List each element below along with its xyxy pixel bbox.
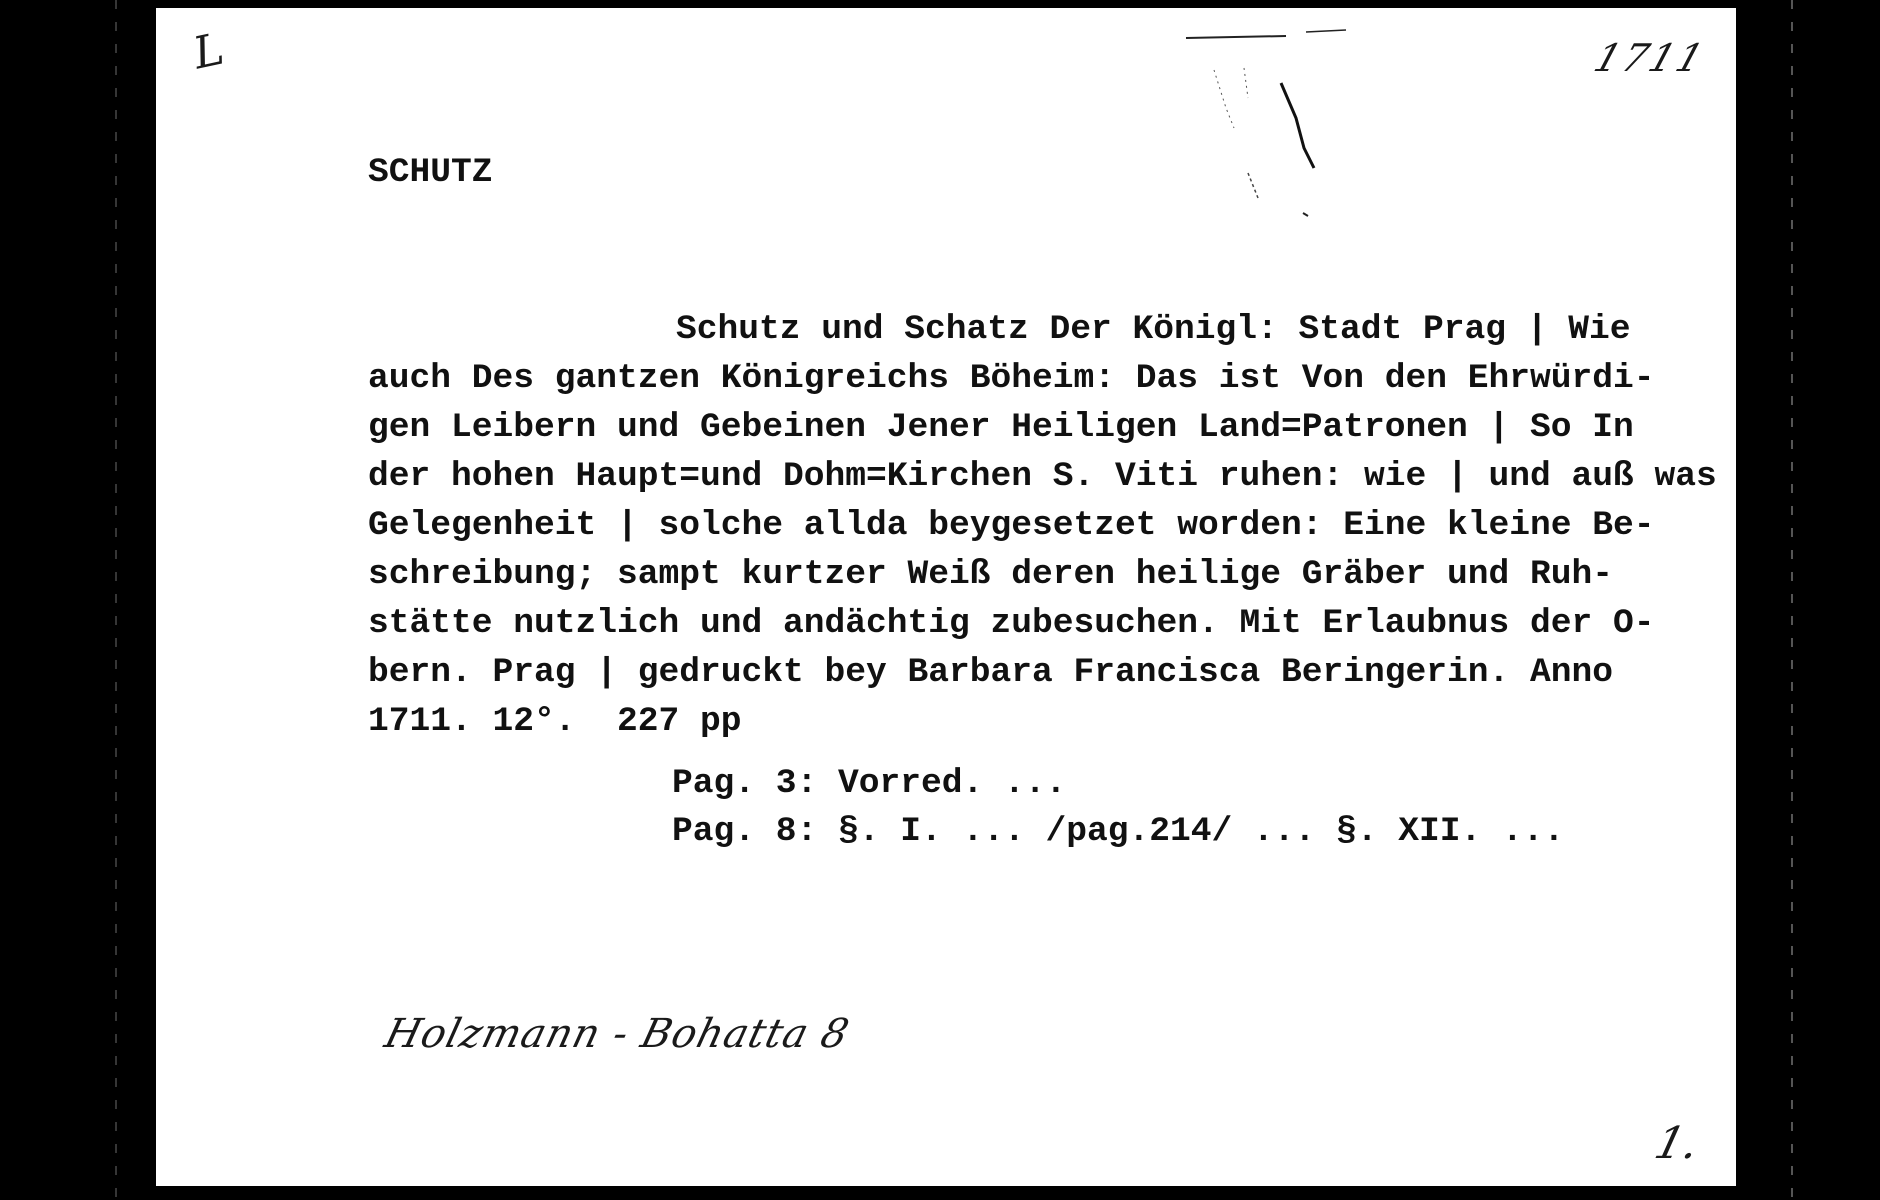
description-line: stätte nutzlich und andächtig zubesuchen… <box>368 604 1717 653</box>
card-heading: SCHUTZ <box>368 156 493 191</box>
handwritten-top-left-mark: L <box>189 24 228 80</box>
publication-details-line: 1711. 12°. 227 pp <box>368 702 1717 751</box>
description-line: schreibung; sampt kurtzer Weiß deren hei… <box>368 555 1717 604</box>
page-references: Pag. 3: Vorred. ... Pag. 8: §. I. ... /p… <box>672 764 1564 860</box>
handwritten-card-number: 1. <box>1650 1118 1705 1169</box>
description-line: Gelegenheit | solche allda beygesetzet w… <box>368 506 1717 555</box>
description-line: der hohen Haupt=und Dohm=Kirchen S. Viti… <box>368 457 1717 506</box>
page-reference-line: Pag. 8: §. I. ... /pag.214/ ... §. XII. … <box>672 812 1564 860</box>
description-line: Schutz und Schatz Der Königl: Stadt Prag… <box>368 310 1717 359</box>
handwritten-year: 1711 <box>1589 36 1712 80</box>
description-line: gen Leibern und Gebeinen Jener Heiligen … <box>368 408 1717 457</box>
scanner-dotted-line-left <box>115 0 117 1200</box>
catalog-card: L 1711 SCHUTZ Schutz und Schatz Der Köni… <box>156 8 1736 1186</box>
description-line: bern. Prag | gedruckt bey Barbara Franci… <box>368 653 1717 702</box>
page-reference-line: Pag. 3: Vorred. ... <box>672 764 1564 812</box>
title-description: Schutz und Schatz Der Königl: Stadt Prag… <box>368 310 1717 751</box>
scanner-dotted-line-right <box>1791 0 1793 1200</box>
description-line: auch Des gantzen Königreichs Böheim: Das… <box>368 359 1717 408</box>
stray-pencil-marks <box>1156 28 1456 228</box>
handwritten-bibliographic-reference: Holzmann - Bohatta 8 <box>380 1011 854 1057</box>
